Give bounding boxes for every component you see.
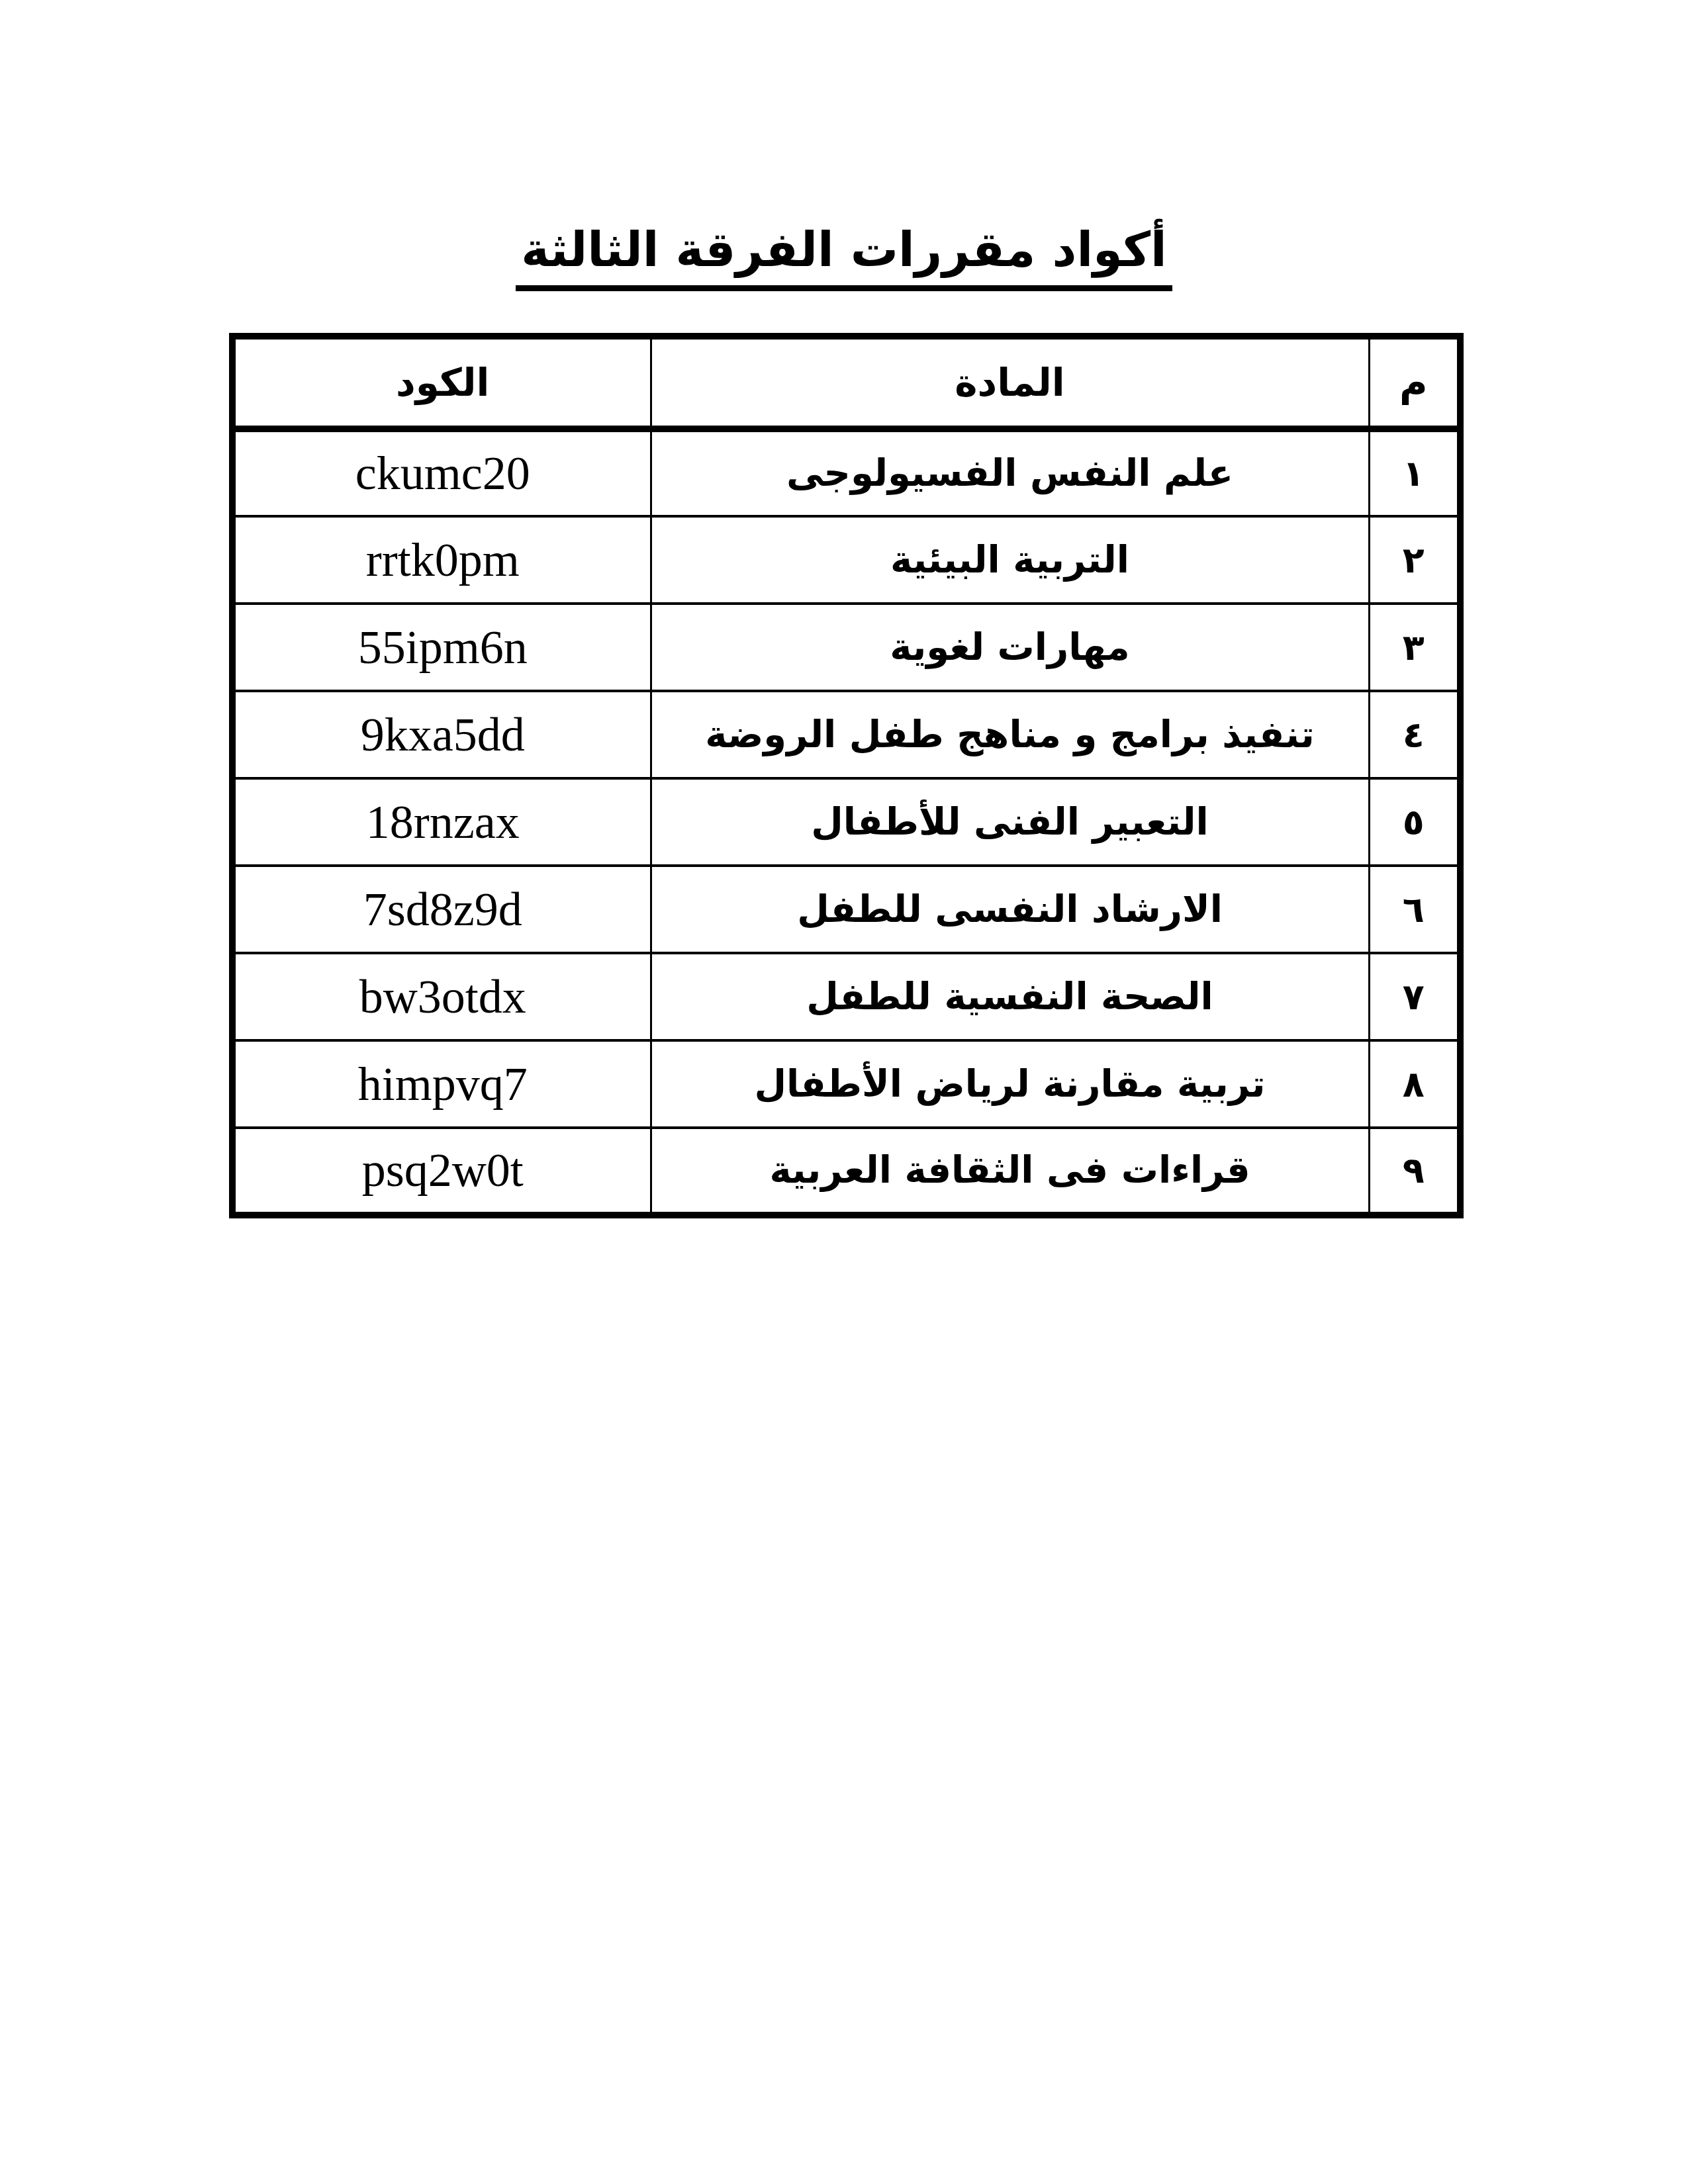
table-row: ٢ التربية البيئية rrtk0pm <box>232 516 1460 604</box>
row-number: ٨ <box>1369 1040 1460 1128</box>
row-number: ٩ <box>1369 1128 1460 1215</box>
course-codes-table: م المادة الكود ١ علم النفس الفسيولوجى ck… <box>229 333 1464 1218</box>
table-row: ٥ التعبير الفنى للأطفال 18rnzax <box>232 778 1460 866</box>
header-number: م <box>1369 336 1460 429</box>
course-code: 7sd8z9d <box>232 866 651 953</box>
subject-name: الارشاد النفسى للطفل <box>651 866 1369 953</box>
subject-name: تنفيذ برامج و مناهج طفل الروضة <box>651 691 1369 778</box>
course-code: bw3otdx <box>232 953 651 1040</box>
row-number: ٦ <box>1369 866 1460 953</box>
row-number: ٧ <box>1369 953 1460 1040</box>
table-row: ٤ تنفيذ برامج و مناهج طفل الروضة 9kxa5dd <box>232 691 1460 778</box>
course-code: ckumc20 <box>232 429 651 516</box>
row-number: ١ <box>1369 429 1460 516</box>
header-code: الكود <box>232 336 651 429</box>
subject-name: الصحة النفسية للطفل <box>651 953 1369 1040</box>
page-title: أكواد مقررات الفرقة الثالثة <box>516 222 1172 291</box>
course-code: 9kxa5dd <box>232 691 651 778</box>
table-row: ٧ الصحة النفسية للطفل bw3otdx <box>232 953 1460 1040</box>
document-page: أكواد مقررات الفرقة الثالثة م المادة الك… <box>0 0 1688 2184</box>
course-code: rrtk0pm <box>232 516 651 604</box>
subject-name: التعبير الفنى للأطفال <box>651 778 1369 866</box>
table-row: ٣ مهارات لغوية 55ipm6n <box>232 604 1460 691</box>
table-header-row: م المادة الكود <box>232 336 1460 429</box>
table-row: ١ علم النفس الفسيولوجى ckumc20 <box>232 429 1460 516</box>
table-row: ٩ قراءات فى الثقافة العربية psq2w0t <box>232 1128 1460 1215</box>
subject-name: تربية مقارنة لرياض الأطفال <box>651 1040 1369 1128</box>
subject-name: قراءات فى الثقافة العربية <box>651 1128 1369 1215</box>
row-number: ٢ <box>1369 516 1460 604</box>
table-row: ٨ تربية مقارنة لرياض الأطفال himpvq7 <box>232 1040 1460 1128</box>
table-row: ٦ الارشاد النفسى للطفل 7sd8z9d <box>232 866 1460 953</box>
row-number: ٤ <box>1369 691 1460 778</box>
course-code: himpvq7 <box>232 1040 651 1128</box>
course-code: psq2w0t <box>232 1128 651 1215</box>
header-subject: المادة <box>651 336 1369 429</box>
subject-name: التربية البيئية <box>651 516 1369 604</box>
row-number: ٣ <box>1369 604 1460 691</box>
course-code: 18rnzax <box>232 778 651 866</box>
row-number: ٥ <box>1369 778 1460 866</box>
course-code: 55ipm6n <box>232 604 651 691</box>
subject-name: علم النفس الفسيولوجى <box>651 429 1369 516</box>
title-container: أكواد مقررات الفرقة الثالثة <box>0 222 1688 291</box>
subject-name: مهارات لغوية <box>651 604 1369 691</box>
